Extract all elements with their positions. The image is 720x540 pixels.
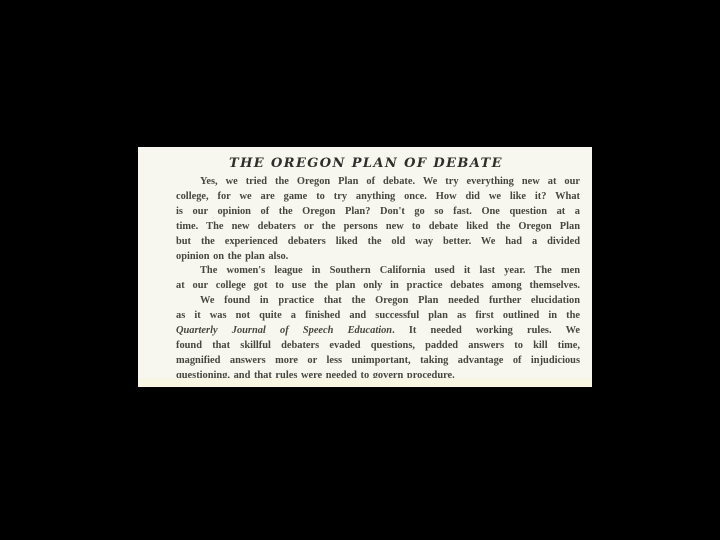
text-line: magnified answers more or less unimporta… [152, 354, 580, 369]
paragraph-3: We found in practice that the Oregon Pla… [152, 294, 580, 383]
text-line: at our college got to use the plan only … [152, 279, 580, 294]
paragraph-2: The women's league in Southern Californi… [152, 264, 580, 294]
text-line: time. The new debaters or the persons ne… [152, 220, 580, 235]
citation-tail: . It needed working rules. We [392, 325, 580, 336]
text-line: college, for we are game to try anything… [152, 190, 580, 205]
text-line: The women's league in Southern Californi… [152, 264, 580, 279]
text-line: found that skillful debaters evaded ques… [152, 339, 580, 354]
text-line: questioning, and that rules were needed … [152, 369, 580, 384]
scanned-document-page: THE OREGON PLAN OF DEBATE Yes, we tried … [138, 147, 592, 387]
text-line: Yes, we tried the Oregon Plan of debate.… [152, 175, 580, 190]
text-line-with-citation: Quarterly Journal of Speech Education. I… [152, 324, 580, 339]
paragraph-1: Yes, we tried the Oregon Plan of debate.… [152, 175, 580, 264]
document-title: THE OREGON PLAN OF DEBATE [152, 156, 580, 171]
journal-citation: Quarterly Journal of Speech Education [176, 325, 392, 336]
text-line: as it was not quite a finished and succe… [152, 309, 580, 324]
text-line: We found in practice that the Oregon Pla… [152, 294, 580, 309]
text-line: but the experienced debaters liked the o… [152, 235, 580, 250]
text-line: is our opinion of the Oregon Plan? Don't… [152, 205, 580, 220]
text-line: opinion on the plan also. [152, 250, 580, 265]
